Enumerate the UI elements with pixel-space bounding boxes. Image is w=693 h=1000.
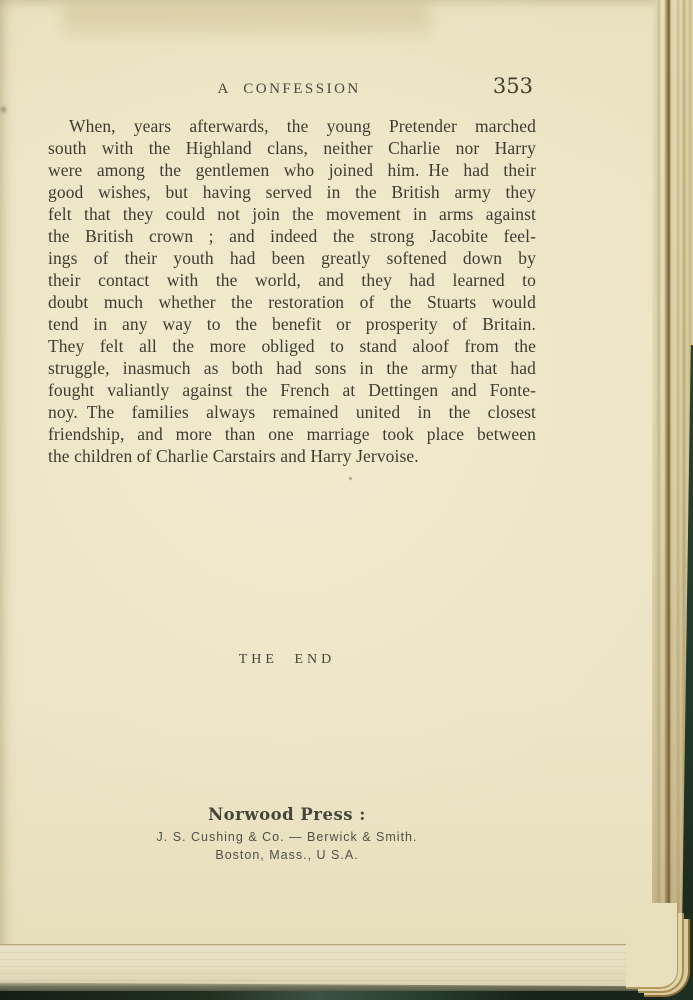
page-corner-curl-inner	[626, 903, 678, 989]
text-line: were among the gentlemen who joined him.…	[48, 159, 536, 181]
body-text: When, years afterwards, the young Preten…	[48, 115, 536, 467]
press-name: Norwood Press :	[48, 805, 526, 824]
text-line: When, years afterwards, the young Preten…	[48, 115, 536, 137]
printer-location: Boston, Mass., U S.A.	[48, 848, 526, 862]
the-end-label: THE END	[48, 652, 526, 668]
text-line: doubt much whether the restoration of th…	[48, 291, 536, 313]
text-line: fought valiantly against the French at D…	[48, 379, 536, 401]
printer-line: J. S. Cushing & Co. — Berwick & Smith.	[48, 830, 526, 844]
text-line: struggle, inasmuch as both had sons in t…	[48, 357, 536, 379]
text-line: the British crown ; and indeed the stron…	[48, 225, 536, 247]
text-line: friendship, and more than one marriage t…	[48, 423, 536, 445]
text-line: noy. The families always remained united…	[48, 401, 536, 423]
text-line: felt that they could not join the moveme…	[48, 203, 536, 225]
paper-specks	[0, 0, 3, 3]
text-line: good wishes, but having served in the Br…	[48, 181, 536, 203]
text-line: tend in any way to the benefit or prospe…	[48, 313, 536, 335]
text-line: their contact with the world, and they h…	[48, 269, 536, 291]
cover-edge-bottom	[0, 991, 693, 1000]
printer-imprint: Norwood Press : J. S. Cushing & Co. — Be…	[48, 805, 526, 866]
text-line: the children of Charlie Carstairs and Ha…	[48, 445, 536, 467]
page-number: 353	[493, 74, 533, 98]
page-header: A CONFESSION 353	[48, 76, 536, 102]
text-line: ings of their youth had been greatly sof…	[48, 247, 536, 269]
running-title: A CONFESSION	[217, 81, 360, 98]
text-line: They felt all the more obliged to stand …	[48, 335, 536, 357]
book-page-scan: A CONFESSION 353 When, years afterwards,…	[0, 0, 693, 1000]
text-line: south with the Highland clans, neither C…	[48, 137, 536, 159]
scan-shadow	[62, 4, 432, 38]
page-edges-bottom	[0, 944, 683, 988]
